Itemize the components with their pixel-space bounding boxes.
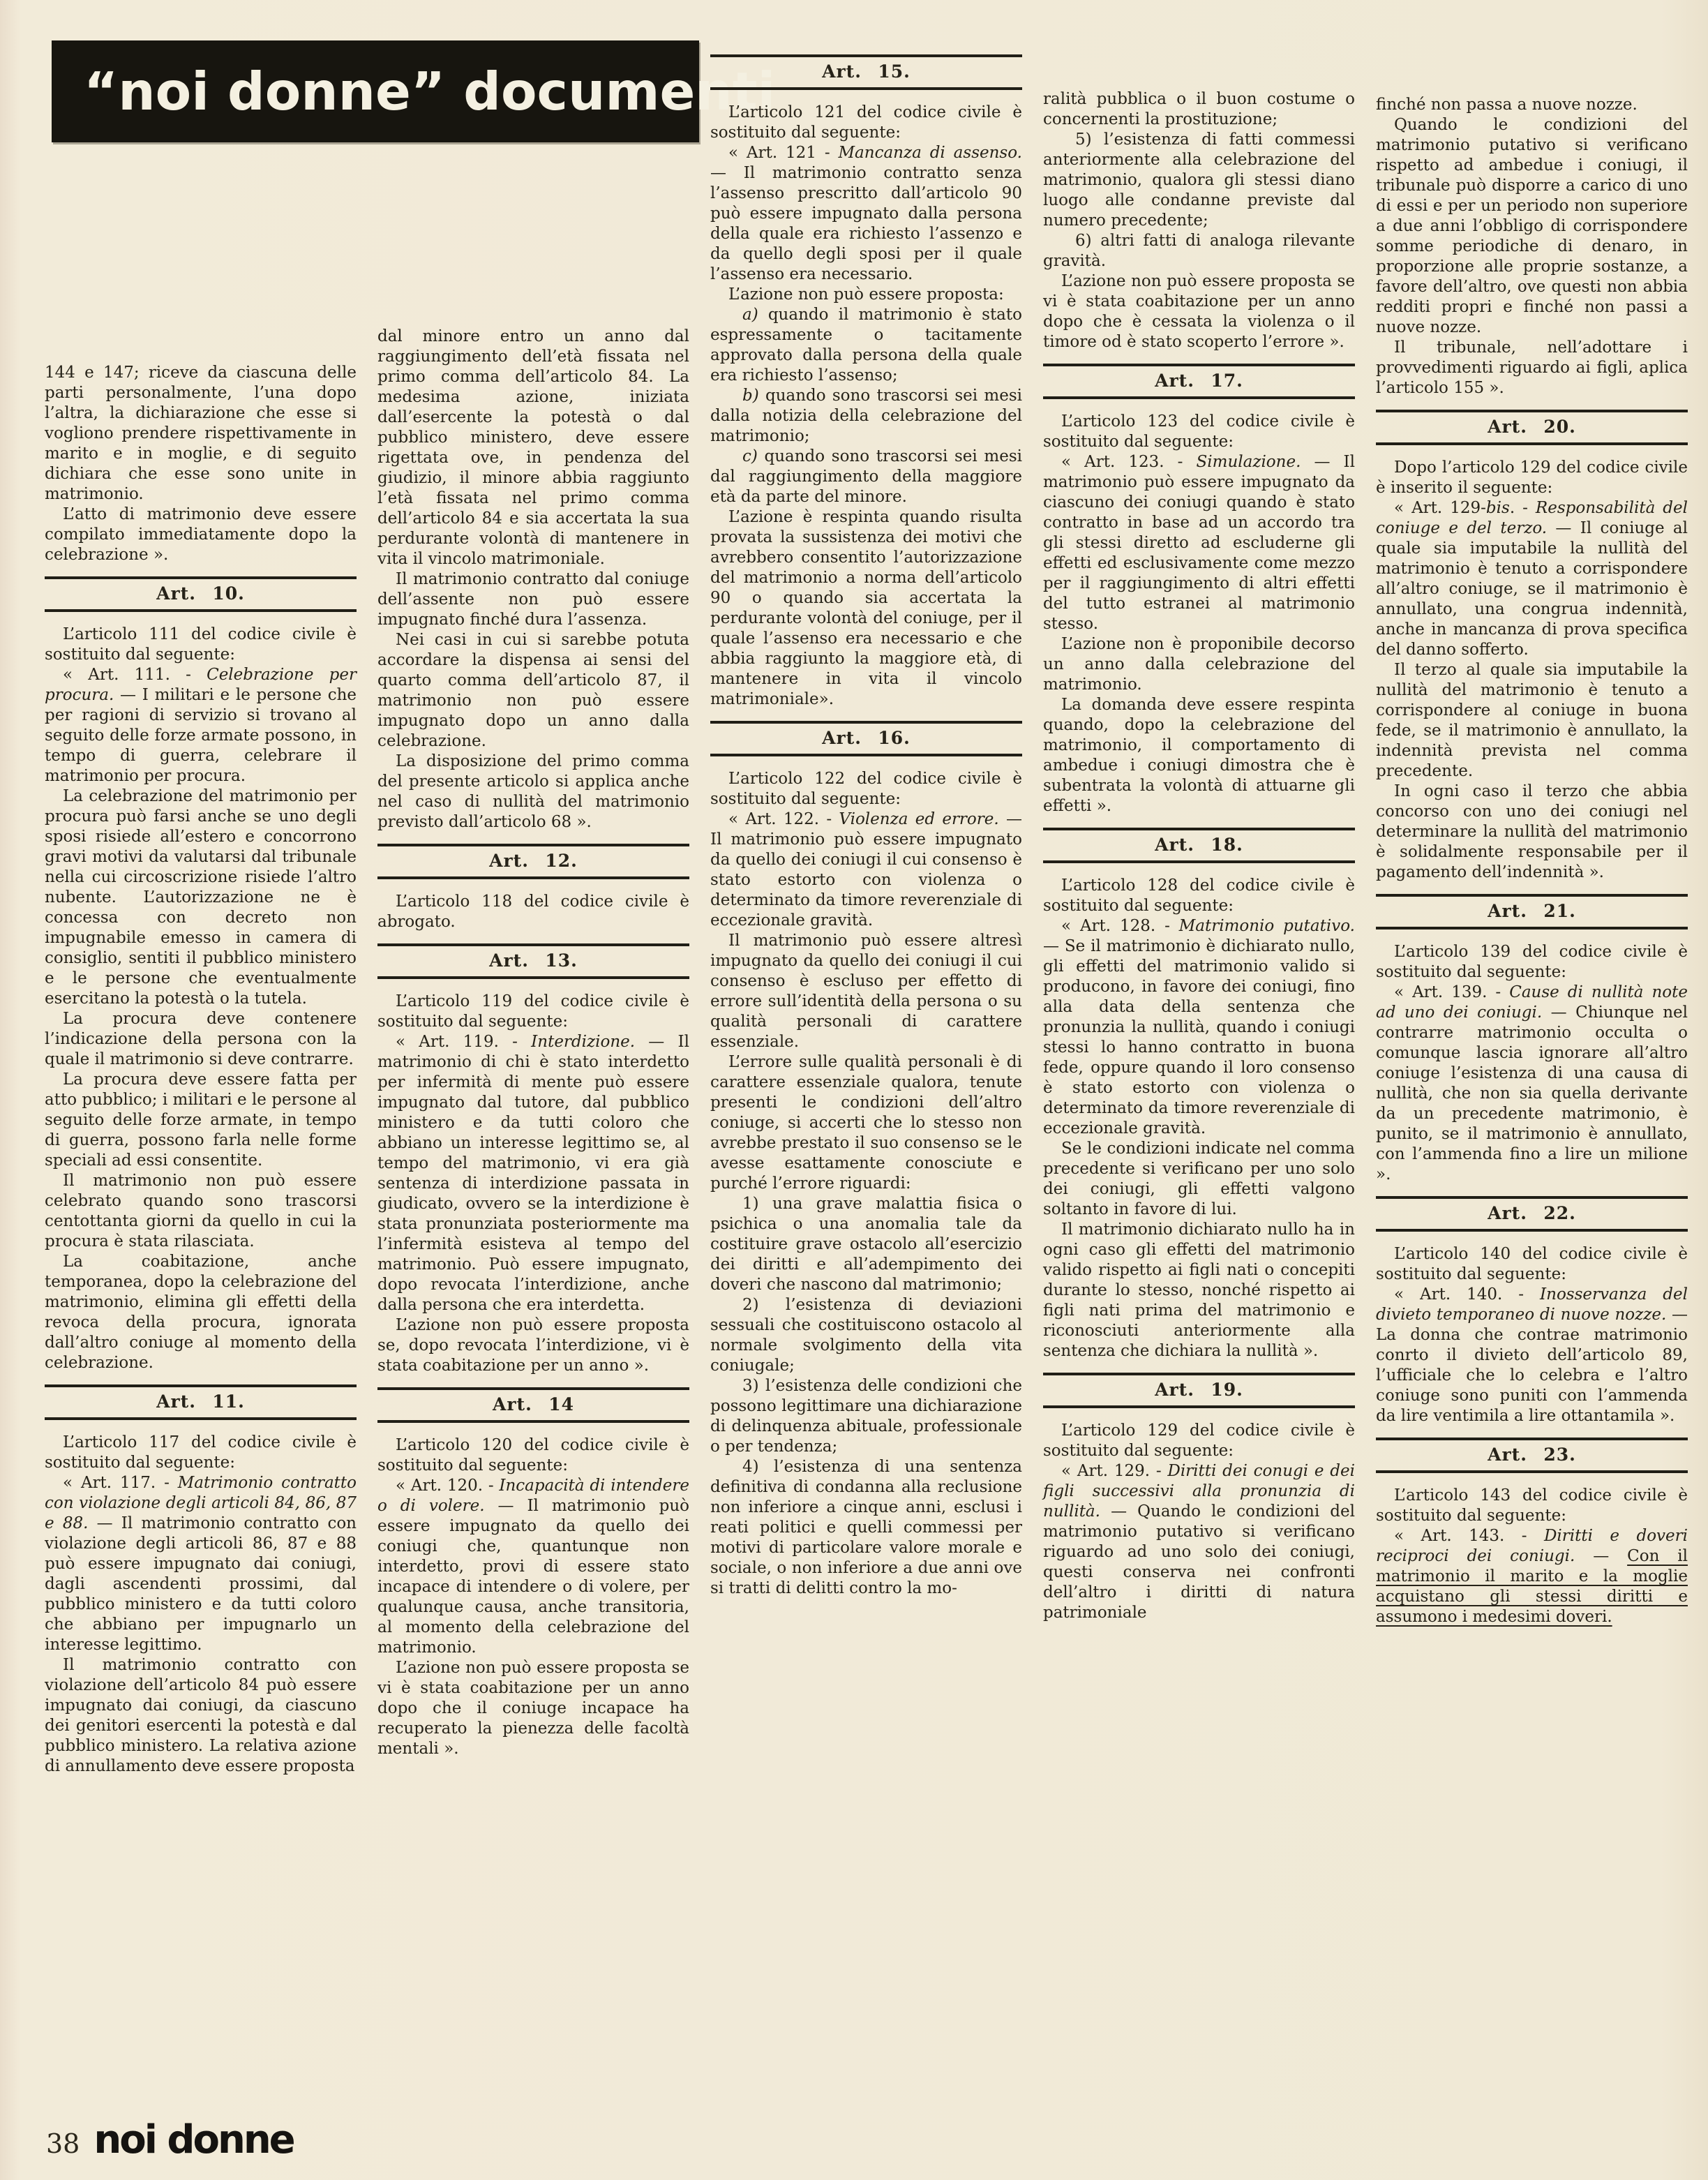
paragraph: c) quando sono trascorsi sei mesi dal ra… — [710, 447, 1022, 507]
paragraph: « Art. 119. - Interdizione. — Il matrimo… — [377, 1032, 689, 1315]
article-heading: Art. 20. — [1376, 410, 1688, 445]
page-footer: 38 noi donne — [46, 2117, 294, 2163]
text-run: Il tribunale, nell’adottare i provvedime… — [1376, 338, 1688, 397]
text-run: L’azione non può essere proposta se, dop… — [377, 1316, 689, 1375]
paragraph: Il matrimonio può essere altresì impugna… — [710, 931, 1022, 1052]
text-run: 5) l’esistenza di fatti commessi anterio… — [1043, 130, 1355, 230]
text-run: Il matrimonio non può essere celebrato q… — [45, 1172, 357, 1250]
text-run: — Chiunque nel contrarre matrimonio occu… — [1376, 1003, 1688, 1184]
text-run: L’azione è respinta quando risulta prova… — [710, 508, 1022, 708]
paragraph: « Art. 123. - Simulazione. — Il matrimon… — [1043, 452, 1355, 634]
text-run: L’articolo 123 del codice civile è sosti… — [1043, 412, 1355, 451]
article-heading-label: Art. 11. — [156, 1391, 245, 1412]
paragraph: L’articolo 128 del codice civile è sosti… — [1043, 876, 1355, 916]
column-2: dal minore entro un anno dal raggiungime… — [377, 28, 689, 1777]
paragraph: « Art. 121 - Mancanza di assenso. — Il m… — [710, 143, 1022, 285]
article-heading: Art. 22. — [1376, 1196, 1688, 1232]
paragraph: Nei casi in cui si sarebbe potuta accord… — [377, 630, 689, 752]
paragraph: Quando le condizioni del matrimonio puta… — [1376, 115, 1688, 338]
text-run: L’azione non può essere proposta se vi è… — [1043, 272, 1355, 351]
article-heading-label: Art. 19. — [1155, 1380, 1243, 1400]
paragraph: L’articolo 119 del codice civile è sosti… — [377, 992, 689, 1032]
column-3: Art. 15.L’articolo 121 del codice civile… — [710, 28, 1022, 1777]
text-run: L’articolo 117 del codice civile è sosti… — [45, 1433, 357, 1472]
paragraph: La coabitazione, anche temporanea, dopo … — [45, 1252, 357, 1373]
paragraph: 3) l’esistenza delle condizioni che poss… — [710, 1376, 1022, 1457]
paragraph: Il terzo al quale sia imputabile la null… — [1376, 660, 1688, 782]
text-run: L’articolo 121 del codice civile è sosti… — [710, 103, 1022, 142]
text-run: Il terzo al quale sia imputabile la null… — [1376, 661, 1688, 780]
article-columns: 144 e 147; riceve da ciascuna delle part… — [45, 28, 1688, 1777]
article-heading-label: Art. 12. — [489, 851, 578, 871]
text-run: 144 e 147; riceve da ciascuna delle part… — [45, 364, 357, 503]
paragraph: « Art. 120. - Incapacità di intendere o … — [377, 1476, 689, 1658]
text-run: L’atto di matrimonio deve essere compila… — [45, 505, 357, 564]
text-run: « Art. 139. - — [1394, 983, 1509, 1001]
article-heading-label: Art. 22. — [1488, 1203, 1576, 1223]
text-run: « Art. 140. - — [1394, 1285, 1540, 1304]
paragraph: In ogni caso il terzo che abbia concorso… — [1376, 782, 1688, 883]
paragraph: b) quando sono trascorsi sei mesi dalla … — [710, 386, 1022, 447]
text-run: La domanda deve essere respinta quando, … — [1043, 696, 1355, 815]
text-run: La disposizione del primo comma del pres… — [377, 752, 689, 831]
article-heading: Art. 14 — [377, 1387, 689, 1423]
text-run: Nei casi in cui si sarebbe potuta accord… — [377, 631, 689, 750]
paragraph: « Art. 111. - Celebrazione per procura. … — [45, 665, 357, 786]
paragraph: 2) l’esistenza di deviazioni sessuali ch… — [710, 1295, 1022, 1376]
paragraph: L’articolo 117 del codice civile è sosti… — [45, 1433, 357, 1473]
text-run: L’azione non è proponibile decorso un an… — [1043, 635, 1355, 694]
article-heading: Art. 13. — [377, 943, 689, 979]
paragraph: dal minore entro un anno dal raggiungime… — [377, 327, 689, 569]
article-heading-label: Art. 17. — [1155, 371, 1243, 391]
article-heading: Art. 17. — [1043, 364, 1355, 399]
paragraph: L’azione non può essere proposta se vi è… — [377, 1658, 689, 1759]
text-run: 4) l’esistenza di una sentenza definitiv… — [710, 1458, 1022, 1597]
text-run: L’azione non può essere proposta se vi è… — [377, 1659, 689, 1758]
paragraph: 6) altri fatti di analoga rilevante grav… — [1043, 231, 1355, 271]
text-run: dal minore entro un anno dal raggiungime… — [377, 327, 689, 568]
paragraph: finché non passa a nuove nozze. — [1376, 95, 1688, 115]
text-run: L’articolo 140 del codice civile è sosti… — [1376, 1245, 1688, 1283]
text-run: — — [1575, 1547, 1627, 1565]
text-run: L’articolo 119 del codice civile è sosti… — [377, 992, 689, 1031]
paragraph: L’azione è respinta quando risulta prova… — [710, 507, 1022, 710]
column-1: 144 e 147; riceve da ciascuna delle part… — [45, 28, 357, 1777]
paragraph: La procura deve contenere l’indicazione … — [45, 1009, 357, 1070]
page-number: 38 — [46, 2128, 80, 2159]
paragraph: ralità pubblica o il buon costume o conc… — [1043, 89, 1355, 130]
text-run: Il matrimonio contratto dal coniuge dell… — [377, 570, 689, 629]
column-4: ralità pubblica o il buon costume o conc… — [1043, 28, 1355, 1777]
paragraph: L’articolo 118 del codice civile è abrog… — [377, 892, 689, 932]
paragraph: L’articolo 122 del codice civile è sosti… — [710, 769, 1022, 809]
paragraph: Il tribunale, nell’adottare i provvedime… — [1376, 338, 1688, 398]
paragraph: L’atto di matrimonio deve essere compila… — [45, 505, 357, 565]
paragraph: « Art. 117. - Matrimonio contratto con v… — [45, 1473, 357, 1655]
text-run: L’articolo 128 del codice civile è sosti… — [1043, 876, 1355, 915]
paragraph: L’azione non può essere proposta: — [710, 285, 1022, 305]
text-run: « Art. 128. - — [1061, 917, 1179, 935]
paragraph: « Art. 140. - Inosservanza del divieto t… — [1376, 1285, 1688, 1426]
article-title-italic: Violenza ed errore. — [839, 810, 998, 828]
paragraph: L’azione non può essere proposta se, dop… — [377, 1315, 689, 1376]
text-run: Il matrimonio contratto con violazione d… — [45, 1656, 357, 1775]
article-heading-label: Art. 20. — [1488, 417, 1576, 437]
article-heading: Art. 18. — [1043, 828, 1355, 863]
text-run: Dopo l’articolo 129 del codice civile è … — [1376, 458, 1688, 497]
paragraph: « Art. 129. - Diritti dei conugi e dei f… — [1043, 1461, 1355, 1623]
paragraph: L’articolo 111 del codice civile è sosti… — [45, 625, 357, 665]
text-run: — Il coniuge al quale sia imputabile la … — [1376, 519, 1688, 659]
paragraph: a) quando il matrimonio è stato espressa… — [710, 305, 1022, 386]
article-heading-label: Art. 21. — [1488, 901, 1576, 921]
text-run: 1) una grave malattia fisica o psichica … — [710, 1195, 1022, 1294]
article-title-italic: Interdizione. — [531, 1033, 635, 1051]
article-heading-label: Art. 16. — [822, 728, 911, 748]
article-heading-label: Art. 18. — [1155, 835, 1243, 855]
article-heading: Art. 11. — [45, 1384, 357, 1420]
text-run: finché non passa a nuove nozze. — [1376, 96, 1638, 114]
paragraph: 4) l’esistenza di una sentenza definitiv… — [710, 1457, 1022, 1599]
article-heading-label: Art. 13. — [489, 950, 578, 971]
text-run: « Art. 143. - — [1394, 1527, 1544, 1545]
paragraph: La procura deve essere fatta per atto pu… — [45, 1070, 357, 1171]
text-run: — Il matrimonio contratto con violazione… — [45, 1514, 357, 1654]
article-title-italic: b) — [742, 387, 765, 405]
text-run: « Art. 129. - — [1061, 1462, 1167, 1480]
article-heading-label: Art. 23. — [1488, 1444, 1576, 1465]
text-run: — Il matrimonio contratto senza l’assens… — [710, 164, 1022, 283]
article-heading: Art. 21. — [1376, 894, 1688, 930]
text-run: Quando le condizioni del matrimonio puta… — [1376, 116, 1688, 336]
text-run: — Il matrimonio può essere impugnato da … — [1043, 453, 1355, 633]
article-heading: Art. 23. — [1376, 1438, 1688, 1473]
article-title-italic: Mancanza di assenso. — [839, 144, 1023, 162]
paragraph: 144 e 147; riceve da ciascuna delle part… — [45, 363, 357, 505]
text-run: L’articolo 129 del codice civile è sosti… — [1043, 1421, 1355, 1460]
paragraph: 1) una grave malattia fisica o psichica … — [710, 1194, 1022, 1295]
paragraph: L’articolo 143 del codice civile è sosti… — [1376, 1486, 1688, 1526]
paragraph: « Art. 129-bis. - Responsabilità del con… — [1376, 498, 1688, 660]
paragraph: L’azione non è proponibile decorso un an… — [1043, 634, 1355, 695]
text-run: Se le condizioni indicate nel comma prec… — [1043, 1140, 1355, 1218]
article-heading-label: Art. 14 — [493, 1394, 574, 1414]
text-run: 3) l’esistenza delle condizioni che poss… — [710, 1377, 1022, 1456]
article-title-italic: c) — [742, 447, 765, 465]
paragraph: 5) l’esistenza di fatti commessi anterio… — [1043, 130, 1355, 231]
text-run: — Se il matrimonio è dichiarato nullo, g… — [1043, 937, 1355, 1137]
article-heading: Art. 15. — [710, 54, 1022, 90]
article-heading: Art. 16. — [710, 721, 1022, 756]
paragraph: La domanda deve essere respinta quando, … — [1043, 695, 1355, 816]
text-run: — Il matrimonio può essere impugnato da … — [377, 1497, 689, 1657]
article-heading: Art. 19. — [1043, 1373, 1355, 1408]
paragraph: « Art. 139. - Cause di nullità note ad u… — [1376, 983, 1688, 1185]
paragraph: Se le condizioni indicate nel comma prec… — [1043, 1139, 1355, 1220]
article-heading-label: Art. 15. — [822, 61, 911, 82]
text-run: « Art. 121 - — [728, 144, 839, 162]
text-run: La procura deve contenere l’indicazione … — [45, 1010, 357, 1068]
text-run: « Art. 119. - — [396, 1033, 531, 1051]
article-title-italic: Simulazione. — [1197, 453, 1301, 471]
paragraph: La disposizione del primo comma del pres… — [377, 752, 689, 833]
paragraph: La celebrazione del matrimonio per procu… — [45, 786, 357, 1009]
paragraph: Dopo l’articolo 129 del codice civile è … — [1376, 458, 1688, 498]
article-heading: Art. 10. — [45, 576, 357, 612]
text-run: L’azione non può essere proposta: — [728, 285, 1004, 304]
paragraph: Il matrimonio contratto dal coniuge dell… — [377, 569, 689, 630]
text-run: « Art. 117. - — [63, 1474, 178, 1492]
article-heading-label: Art. 10. — [156, 583, 245, 604]
magazine-page: “noi donne” documenti 144 e 147; riceve … — [0, 0, 1708, 2180]
text-run: Il matrimonio può essere altresì impugna… — [710, 932, 1022, 1051]
text-run: « Art. 123. - — [1061, 453, 1197, 471]
text-run: . - — [1510, 499, 1536, 517]
paragraph: L’articolo 120 del codice civile è sosti… — [377, 1435, 689, 1476]
paragraph: L’azione non può essere proposta se vi è… — [1043, 271, 1355, 352]
text-run: L’articolo 111 del codice civile è sosti… — [45, 625, 357, 664]
paragraph: Il matrimonio contratto con violazione d… — [45, 1655, 357, 1777]
paragraph: « Art. 128. - Matrimonio putativo. — Se … — [1043, 916, 1355, 1139]
paragraph: L’articolo 123 del codice civile è sosti… — [1043, 412, 1355, 452]
text-run: L’articolo 120 del codice civile è sosti… — [377, 1436, 689, 1475]
column-5: finché non passa a nuove nozze.Quando le… — [1376, 28, 1688, 1777]
text-run: L’articolo 122 del codice civile è sosti… — [710, 770, 1022, 808]
text-run: L’articolo 118 del codice civile è abrog… — [377, 893, 689, 931]
paragraph: L’errore sulle qualità personali è di ca… — [710, 1052, 1022, 1194]
text-run: « Art. 120. - — [396, 1477, 499, 1495]
article-title-italic: Matrimonio putativo. — [1179, 917, 1355, 935]
text-run: « Art. 122. - — [728, 810, 839, 828]
paragraph: « Art. 143. - Diritti e doveri reciproci… — [1376, 1526, 1688, 1627]
text-run: « Art. 111. - — [63, 666, 207, 684]
text-run: — Il matrimonio di chi è stato interdett… — [377, 1033, 689, 1314]
text-run: 6) altri fatti di analoga rilevante grav… — [1043, 232, 1355, 270]
text-run: La celebrazione del matrimonio per procu… — [45, 787, 357, 1008]
paragraph: L’articolo 121 del codice civile è sosti… — [710, 103, 1022, 143]
article-heading: Art. 12. — [377, 844, 689, 879]
magazine-logo: noi donne — [93, 2117, 293, 2163]
paragraph: Il matrimonio non può essere celebrato q… — [45, 1171, 357, 1252]
text-run: L’articolo 139 del codice civile è sosti… — [1376, 943, 1688, 981]
text-run: L’articolo 143 del codice civile è sosti… — [1376, 1486, 1688, 1525]
text-run: 2) l’esistenza di deviazioni sessuali ch… — [710, 1296, 1022, 1375]
paragraph: L’articolo 140 del codice civile è sosti… — [1376, 1244, 1688, 1285]
text-run: La procura deve essere fatta per atto pu… — [45, 1070, 357, 1170]
text-run: ralità pubblica o il buon costume o conc… — [1043, 90, 1355, 128]
text-run: Il matrimonio dichiarato nullo ha in ogn… — [1043, 1220, 1355, 1360]
text-run: In ogni caso il terzo che abbia concorso… — [1376, 782, 1688, 881]
article-title-italic: bis — [1486, 499, 1510, 517]
paragraph: « Art. 122. - Violenza ed errore. — Il m… — [710, 809, 1022, 931]
text-run: La coabitazione, anche temporanea, dopo … — [45, 1253, 357, 1372]
paragraph: Il matrimonio dichiarato nullo ha in ogn… — [1043, 1220, 1355, 1361]
article-title-italic: a) — [742, 306, 768, 324]
text-run: L’errore sulle qualità personali è di ca… — [710, 1053, 1022, 1193]
text-run: « Art. 129- — [1394, 499, 1486, 517]
paragraph: L’articolo 129 del codice civile è sosti… — [1043, 1421, 1355, 1461]
paragraph: L’articolo 139 del codice civile è sosti… — [1376, 942, 1688, 983]
